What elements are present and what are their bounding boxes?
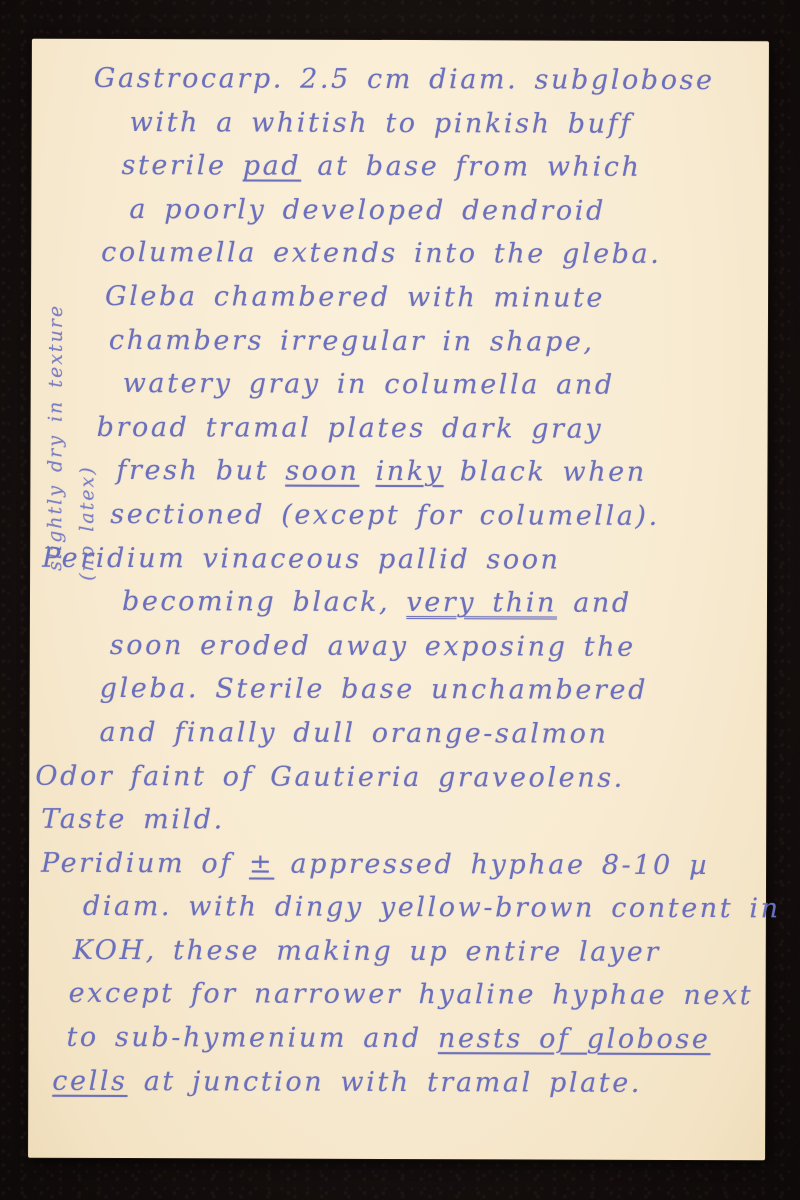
handwriting-line: diam. with dingy yellow-brown content in	[83, 891, 762, 937]
handwriting-text: chambers irregular in shape,	[109, 325, 595, 358]
handwriting-text: Odor faint of Gautieria graveolens.	[35, 760, 625, 793]
handwriting-text: soon eroded away exposing the	[110, 630, 636, 663]
handwriting-line: sectioned (except for columella).	[110, 499, 763, 545]
handwriting-text: becoming black,	[122, 586, 407, 618]
handwriting-text: to sub-hymenium and	[66, 1022, 438, 1054]
underlined-text: ±	[249, 848, 274, 879]
handwriting-text: columella extends into the gleba.	[101, 237, 661, 270]
handwriting-line: except for narrower hyaline hyphae next	[69, 978, 762, 1024]
handwriting-line: fresh but soon inky black when	[116, 455, 763, 501]
note-lines: Gastrocarp. 2.5 cm diam. subglobosewith …	[28, 63, 765, 1112]
handwriting-text: fresh but	[116, 455, 285, 487]
handwriting-text: diam. with dingy yellow-brown content in	[83, 891, 781, 924]
handwriting-text: Taste mild.	[41, 804, 225, 836]
handwriting-line: Gastrocarp. 2.5 cm diam. subglobose	[94, 63, 765, 109]
handwriting-text	[359, 456, 375, 487]
handwriting-text: broad tramal plates dark gray	[97, 412, 604, 445]
handwriting-text: appressed hyphae 8-10 µ	[274, 848, 709, 881]
handwriting-line: cells at junction with tramal plate.	[52, 1065, 761, 1111]
underlined-text: pad	[243, 151, 302, 182]
handwriting-line: KOH, these making up entire layer	[73, 935, 762, 981]
handwriting-line: with a whitish to pinkish buff	[130, 107, 765, 153]
handwriting-text: at junction with tramal plate.	[127, 1066, 642, 1099]
handwriting-line: to sub-hymenium and nests of globose	[66, 1022, 761, 1068]
handwriting-text: gleba. Sterile base unchambered	[100, 673, 648, 706]
handwriting-text: black when	[444, 457, 647, 489]
handwriting-text: Gastrocarp. 2.5 cm diam. subglobose	[94, 63, 715, 96]
handwriting-line: soon eroded away exposing the	[110, 630, 763, 676]
handwriting-line: Odor faint of Gautieria graveolens.	[35, 760, 762, 806]
handwriting-line: Taste mild.	[41, 804, 762, 850]
handwriting-line: columella extends into the gleba.	[101, 237, 764, 283]
photo-background: slightly dry in texture (no latex) Gastr…	[0, 0, 800, 1200]
handwriting-line: Peridium of ± appressed hyphae 8-10 µ	[41, 847, 762, 893]
handwriting-text: and finally dull orange-salmon	[99, 717, 608, 750]
handwriting-line: broad tramal plates dark gray	[97, 412, 764, 458]
handwriting-text: sectioned (except for columella).	[110, 499, 660, 532]
handwriting-text: and	[557, 588, 632, 619]
handwriting-text: Peridium vinaceous pallid soon	[42, 542, 561, 575]
handwriting-line: sterile pad at base from which	[121, 150, 764, 196]
handwriting-text: Peridium of	[41, 847, 249, 879]
handwriting-line: a poorly developed dendroid	[129, 194, 764, 240]
handwriting-text: sterile	[121, 150, 242, 181]
handwriting-line: and finally dull orange-salmon	[99, 717, 762, 763]
handwriting-text: Gleba chambered with minute	[105, 281, 605, 314]
handwriting-line: chambers irregular in shape,	[109, 325, 764, 371]
underlined-text: nests of globose	[438, 1023, 711, 1055]
index-card: slightly dry in texture (no latex) Gastr…	[28, 39, 769, 1161]
handwriting-text: with a whitish to pinkish buff	[130, 107, 633, 140]
handwriting-text: a poorly developed dendroid	[129, 194, 606, 227]
handwriting-text: KOH, these making up entire layer	[73, 935, 661, 968]
handwriting-line: Gleba chambered with minute	[105, 281, 764, 327]
handwriting-line: gleba. Sterile base unchambered	[100, 673, 763, 719]
handwriting-line: watery gray in columella and	[123, 368, 764, 414]
handwriting-text: watery gray in columella and	[123, 368, 615, 401]
handwriting-text: at base from which	[301, 151, 641, 183]
underlined-text: very thin	[406, 587, 557, 619]
underlined-text: soon	[285, 456, 359, 487]
underlined-text: inky	[376, 456, 444, 487]
underlined-text: cells	[52, 1065, 127, 1096]
handwriting-text: except for narrower hyaline hyphae next	[69, 978, 754, 1011]
handwriting-line: Peridium vinaceous pallid soon	[42, 542, 763, 588]
handwriting-line: becoming black, very thin and	[122, 586, 763, 632]
